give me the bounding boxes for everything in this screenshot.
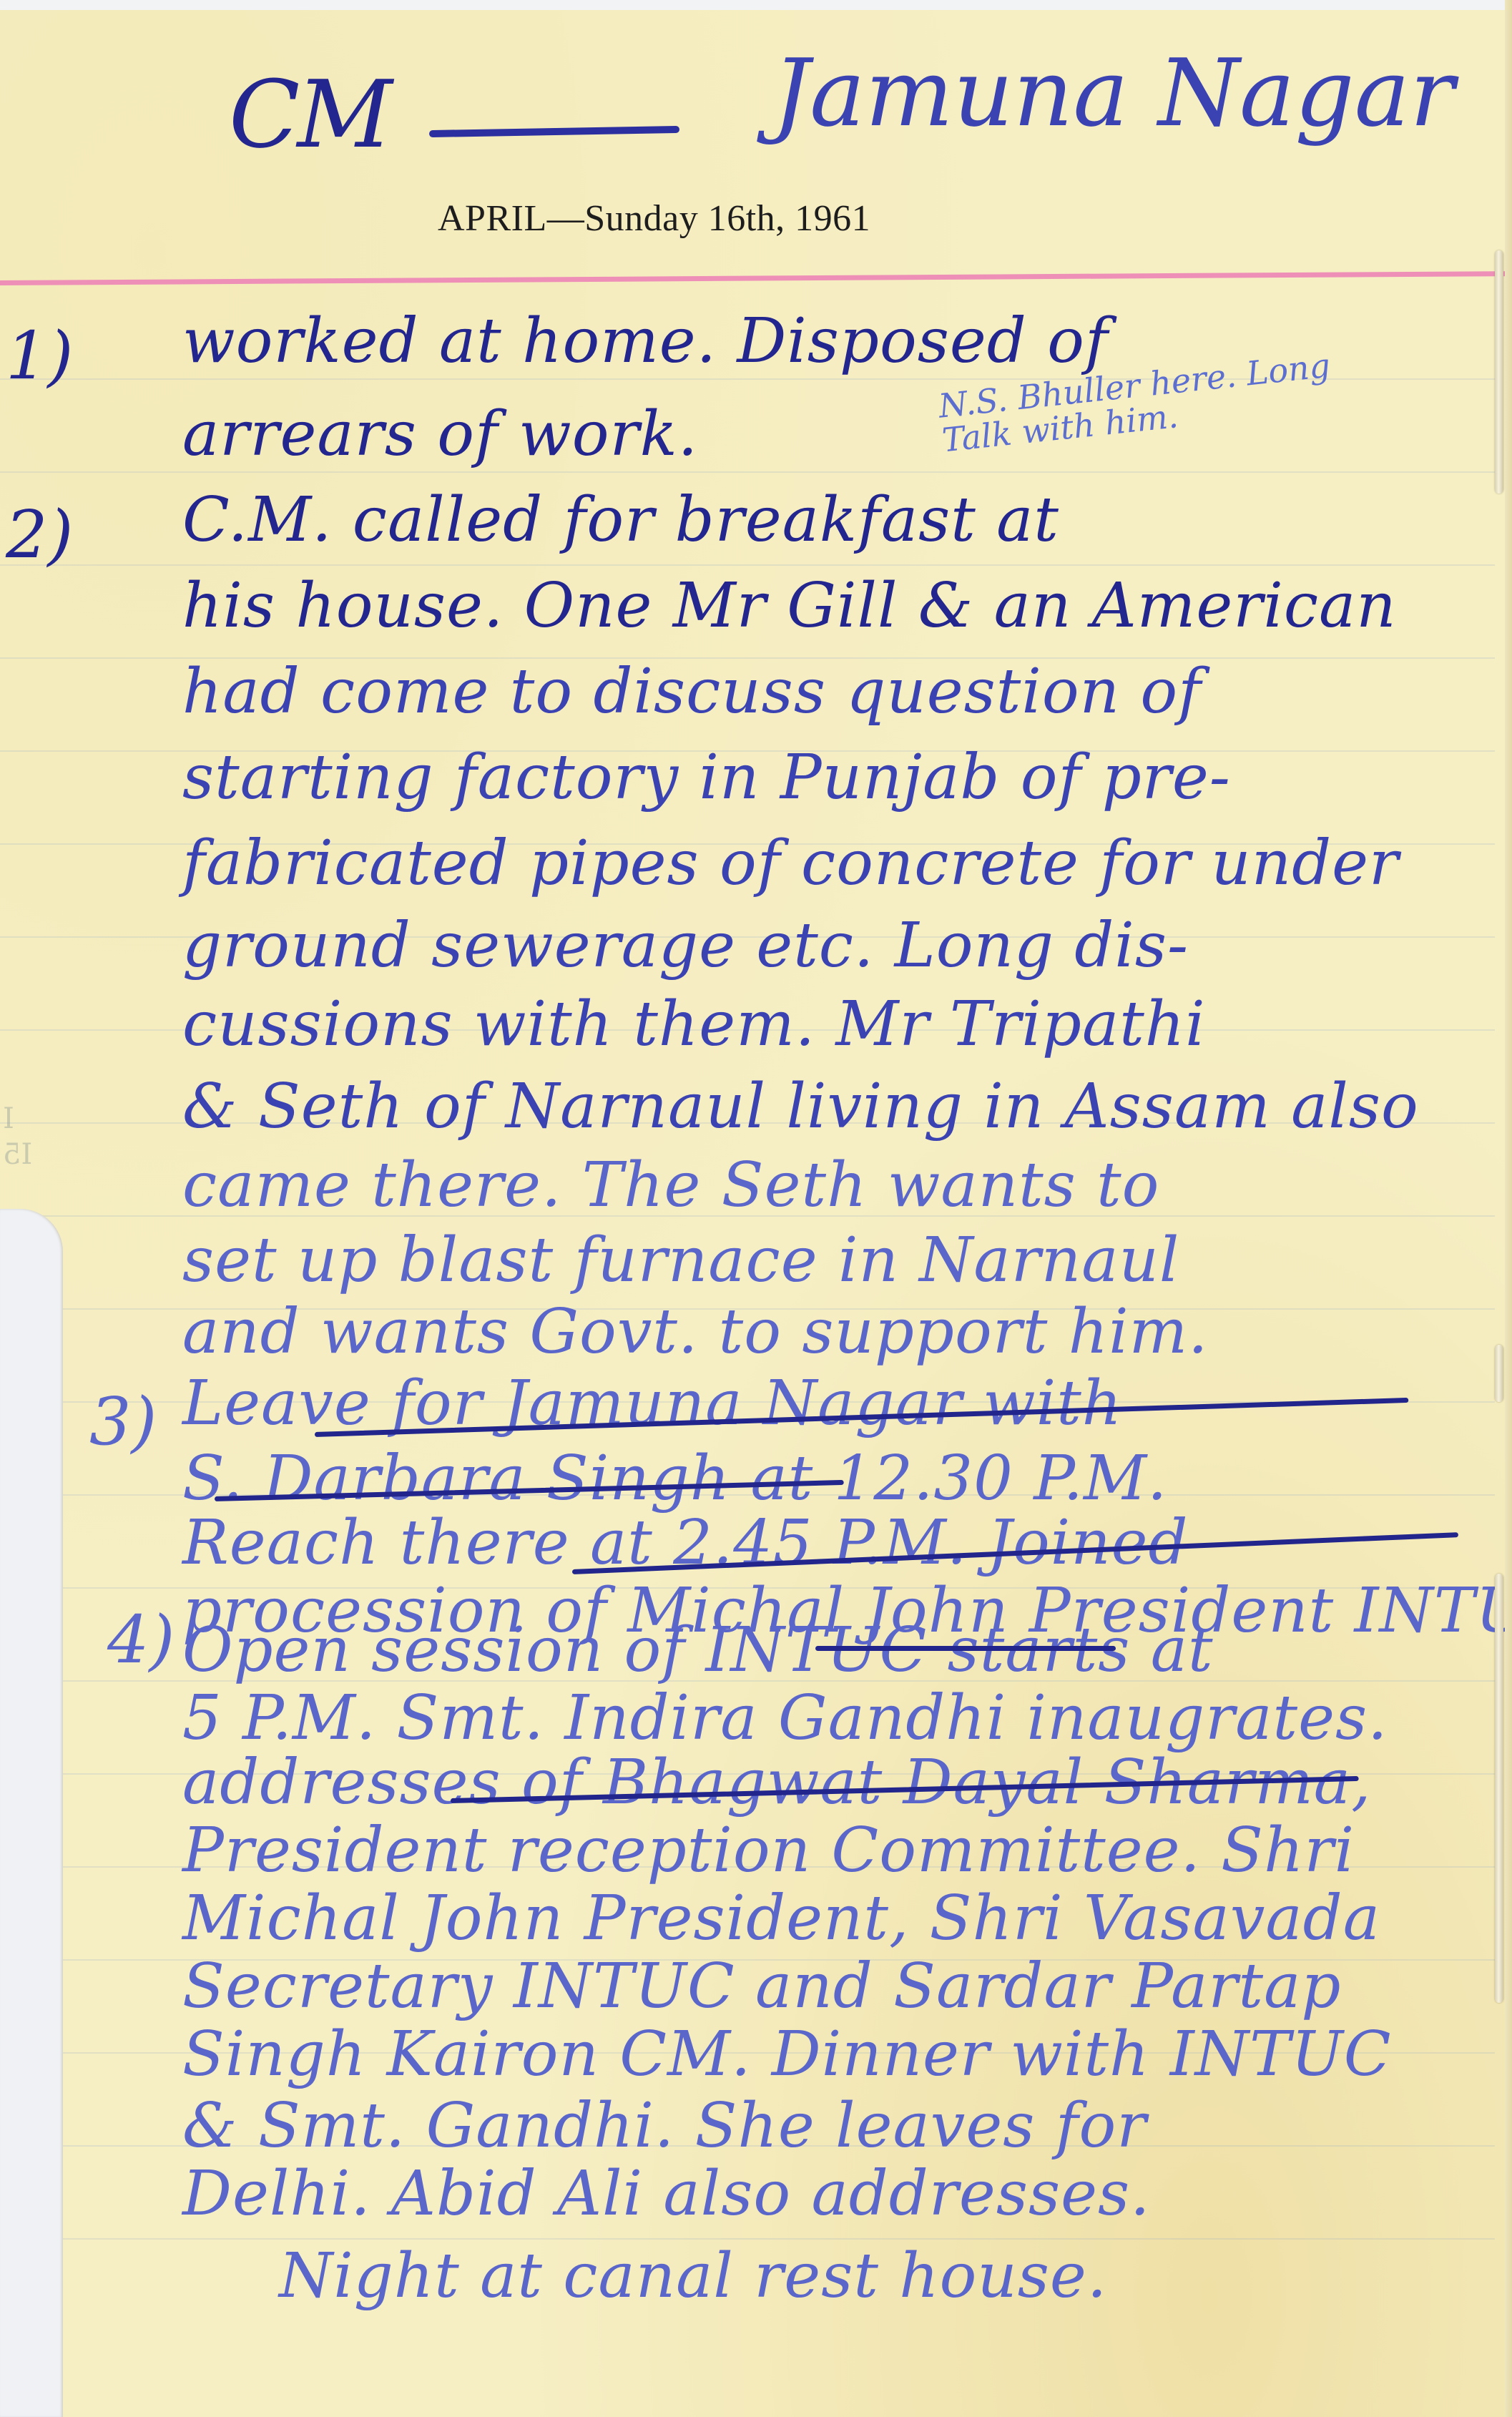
entry-line: Delhi. Abid Ali also addresses. — [182, 2163, 1150, 2225]
entry-line: worked at home. Disposed of — [182, 310, 1109, 372]
entry-line: arrears of work. — [182, 403, 698, 465]
entry-number: 1) — [6, 318, 73, 394]
handwritten-title-place: Jamuna Nagar — [772, 39, 1454, 147]
entry-line: starting factory in Punjab of pre- — [182, 747, 1231, 808]
scan-top-border — [0, 0, 1512, 10]
entry-line: ground sewerage etc. Long dis- — [182, 915, 1189, 976]
binding-thread — [1495, 1574, 1503, 2003]
entry-line: Singh Kairon CM. Dinner with INTUC — [182, 2024, 1392, 2085]
entry-line: had come to discuss question of — [182, 661, 1202, 722]
page-spine-edge — [1505, 0, 1512, 2417]
entry-line: C.M. called for breakfast at — [182, 489, 1059, 551]
entry-line: Michal John President, Shri Vasavada — [182, 1888, 1380, 1949]
entry-line: President reception Committee. Shri — [182, 1820, 1355, 1881]
binding-thread — [1495, 1345, 1503, 1402]
entry-line: his house. One Mr Gill & an American — [182, 575, 1397, 637]
entry-number: 3) — [89, 1383, 157, 1460]
entry-line: & Smt. Gandhi. She leaves for — [182, 2095, 1147, 2157]
title-dash — [429, 126, 679, 137]
handwritten-title-cm: CM — [229, 60, 390, 169]
entry-line: Secretary INTUC and Sardar Partap — [182, 1956, 1341, 2017]
ruled-line — [0, 564, 1495, 566]
show-through-mark: I — [3, 1104, 14, 1133]
entry-number: 2) — [6, 496, 73, 573]
ruled-line — [0, 2238, 1495, 2240]
entry-line: set up blast furnace in Narnaul — [182, 1230, 1179, 1291]
diary-page: I I5 CM Jamuna Nagar APRIL—Sunday 16th, … — [0, 10, 1512, 2417]
binding-thread — [1495, 250, 1503, 494]
entry-line: came there. The Seth wants to — [182, 1154, 1159, 1216]
entry-line: 5 P.M. Smt. Indira Gandhi inaugrates. — [182, 1687, 1388, 1749]
header-rule — [0, 271, 1512, 285]
entry-line: & Seth of Narnaul living in Assam also — [182, 1076, 1419, 1137]
underline — [815, 1646, 1116, 1651]
thumb-index-cutout — [0, 1209, 63, 2417]
show-through-mark: I5 — [3, 1140, 32, 1169]
ruled-line — [0, 471, 1495, 473]
entry-number: 4) — [107, 1602, 175, 1678]
entry-line: and wants Govt. to support him. — [182, 1301, 1209, 1363]
entry-line: Night at canal rest house. — [279, 2245, 1107, 2307]
entry-line: cussions with them. Mr Tripathi — [182, 994, 1206, 1055]
entry-line: fabricated pipes of concrete for under — [182, 833, 1399, 894]
printed-date: APRIL—Sunday 16th, 1961 — [438, 197, 870, 240]
entry-line: S. Darbara Singh at 12.30 P.M. — [182, 1448, 1167, 1509]
